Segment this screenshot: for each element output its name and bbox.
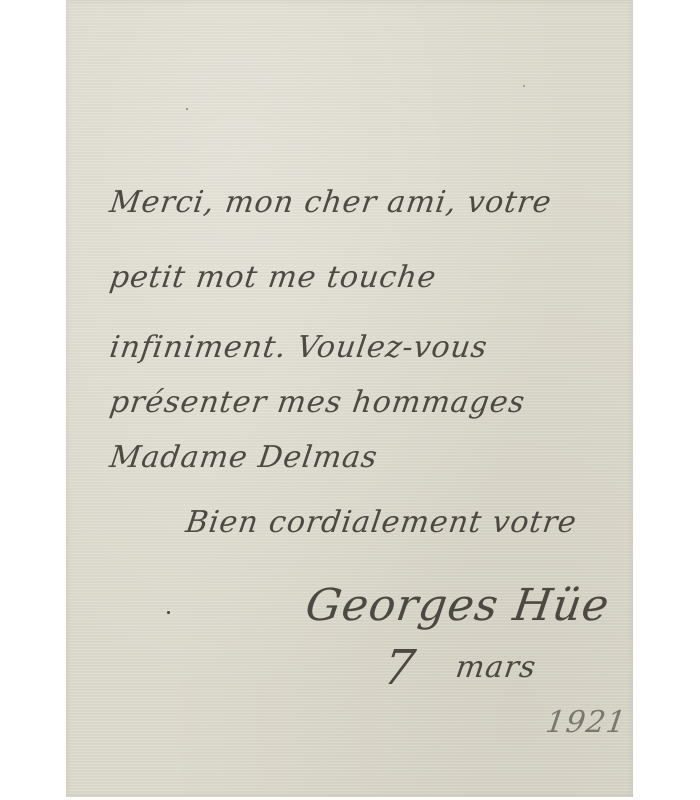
letter-date-year: 1921 [544, 705, 629, 740]
letter-date-day: 7 [380, 640, 419, 696]
letter-line-5: Madame Delmas [108, 440, 380, 475]
letter-line-1: Merci, mon cher ami, votre [108, 185, 554, 220]
letter-line-2: petit mot me touche [108, 260, 439, 295]
letter-closing: Bien cordialement votre [184, 505, 580, 540]
paper-speck [523, 85, 525, 87]
letter-paper: Merci, mon cher ami, votre petit mot me … [66, 0, 633, 797]
paper-speck [186, 108, 188, 110]
letter-signature: Georges Hüe [302, 580, 612, 631]
paper-speck [167, 611, 170, 614]
letter-line-3: infiniment. Voulez-vous [108, 330, 490, 365]
letter-line-4: présenter mes hommages [108, 385, 528, 420]
letter-date-month: mars [454, 650, 539, 685]
